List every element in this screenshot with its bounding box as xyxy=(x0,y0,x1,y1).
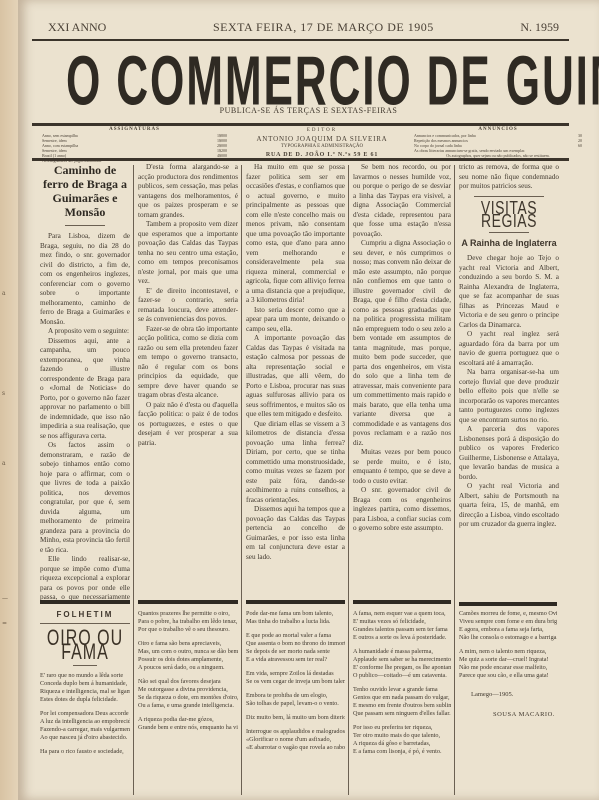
article-paragraph: O paiz não é d'esta ou d'aquella facção … xyxy=(138,401,238,449)
poem-stanza: Oiro e fama são bens apreciaveis,Mas, um… xyxy=(138,640,238,672)
article-paragraph: O yacht real inglez será aguardado fóra … xyxy=(459,330,559,368)
folhetim-column-4: A fama, nem esquer vae a quem toca,E' mu… xyxy=(353,610,451,770)
poem-stanza: Em vida, sempre Zoilos lá destadasSe os … xyxy=(246,670,345,686)
article-headline-royal: A Rainha de Inglaterra xyxy=(459,239,559,249)
poem-stanza: Embora te prohiba de um elogio,São tolha… xyxy=(246,692,345,708)
article-paragraph: Para Lisboa, dizem de Braga, seguiu, no … xyxy=(40,232,130,327)
poem-stanza: A humanidade é massa palerma,Applaude se… xyxy=(353,648,451,680)
article-paragraph: Cumpriu a digna Associação o seu dever, … xyxy=(353,239,451,448)
folhetim-bar xyxy=(246,600,345,604)
editor-label: EDITOR xyxy=(237,127,407,135)
poem-stanza: Camões morreu de fome, e, mesmo OvidioVi… xyxy=(459,610,557,642)
folhetim-rule xyxy=(40,623,130,624)
poem-author: SOUSA MACARIO. xyxy=(493,710,557,720)
ads-heading: ANNUNCIOS xyxy=(414,127,582,132)
publication-frequency: PUBLICA-SE ÁS TERÇAS E SEXTAS-FEIRAS xyxy=(18,106,599,115)
section-divider xyxy=(489,232,529,233)
folhetim-bar xyxy=(459,602,557,606)
poem-place-date: Lamego—1905. xyxy=(471,690,557,700)
poem-stanza: A riqueza podia dar-me gózos,Grande bem … xyxy=(138,716,238,732)
folhetim-column-5: Camões morreu de fome, e, mesmo OvidioVi… xyxy=(459,610,557,795)
article-column-2: D'esta forma alargando-se a acção produc… xyxy=(138,163,238,595)
article-column-4: Se bem nos recordo, ou por lavarmos o ne… xyxy=(353,163,451,595)
poem-title: OIRO OU FAMA xyxy=(40,632,130,659)
page-edge: asa—= xyxy=(0,0,18,800)
article-paragraph: Deve chegar hoje ao Tejo o yacht real Vi… xyxy=(459,254,559,330)
article-paragraph: Dissemos aqui, ante a campanha, um pouco… xyxy=(40,337,130,442)
column-rule xyxy=(348,165,349,795)
poem-stanza: Ha para o rico fausto e sociedade, xyxy=(40,748,130,756)
poem-stanza: Pode dar-me fama um bom talento,Mas tinh… xyxy=(246,610,345,626)
poem-stanza: Interrogue os applaudidos e malogrados,«… xyxy=(246,728,345,752)
folhetim-bar xyxy=(138,600,238,604)
article-paragraph: Elle lindo realisar-se, porque se impõe … xyxy=(40,555,130,603)
poem-stanza: A mim, nem o talento nem riqueza,Me quiz… xyxy=(459,648,557,680)
masthead-rule xyxy=(32,39,569,41)
info-box: ASSIGNATURAS Anno, sem estampilha1$800Se… xyxy=(32,127,569,157)
folhetim-label: FOLHETIM xyxy=(40,610,130,620)
article-headline: Caminho de ferro de Braga a Guimarães e … xyxy=(40,163,130,219)
article-column-3: Ha muito em que se possa fazer politica … xyxy=(246,163,345,595)
editor-name: ANTONIO JOAQUIM DA SILVEIRA xyxy=(237,135,407,143)
article-paragraph: Ha muito em que se possa fazer politica … xyxy=(246,163,345,306)
folhetim-bar xyxy=(353,600,451,604)
article-paragraph: Na barra organisar-se-ha um cortejo fluv… xyxy=(459,368,559,425)
folhetim-column-2: Quantos prazeres lhe permitte o oiro,Par… xyxy=(138,610,238,770)
column-rule xyxy=(133,165,134,795)
article-paragraph: E' de direito incontestavel, e fazer-se … xyxy=(138,287,238,325)
editor-box: EDITOR ANTONIO JOAQUIM DA SILVEIRA TYPOG… xyxy=(237,127,407,159)
article-paragraph: Muitas vezes por bem pouco se perde muit… xyxy=(353,448,451,486)
poem-stanza: Por isso eu preferira ter riqueza,Ter oi… xyxy=(353,724,451,756)
article-paragraph: A proposito vem o seguinte: xyxy=(40,327,130,337)
folhetim-bar xyxy=(40,600,130,604)
article-paragraph: O snr. governador civil de Braga com os … xyxy=(353,486,451,534)
issue-number: N. 1959 xyxy=(520,20,559,35)
folhetim-column-1: FOLHETIM OIRO OU FAMA E' raro que no mun… xyxy=(40,610,130,795)
poem-stanza: Quantos prazeres lhe permitte o oiro,Par… xyxy=(138,610,238,634)
editor-office: TYPOGRAPHIA E ADMINISTRAÇÃO xyxy=(237,143,407,151)
article-paragraph: A parceria dos vapores Lisbonenses porá … xyxy=(459,425,559,482)
poem-stanza: A fama, nem esquer vae a quem toca,E' mu… xyxy=(353,610,451,642)
subscriptions-heading: ASSIGNATURAS xyxy=(42,127,227,132)
column-rule xyxy=(454,165,455,795)
poem-stanza: E' raro que no mundo a lêda sorteConceda… xyxy=(40,672,130,704)
section-title: VISITAS REGIAS xyxy=(459,202,559,227)
article-paragraph: Os factos assim o demonstraram, e razão … xyxy=(40,441,130,555)
header-rule-bottom xyxy=(32,158,569,161)
poem-stanza: E que pode ao mortal valer a famaQue ass… xyxy=(246,632,345,664)
article-paragraph: Isto seria descer como que a apear para … xyxy=(246,306,345,335)
poem-stanza: Tenho ouvido levar a grande famaGenios q… xyxy=(353,686,451,718)
article-paragraph: D'esta forma alargando-se a acção produc… xyxy=(138,163,238,220)
folhetim-column-3: Pode dar-me fama um bom talento,Mas tinh… xyxy=(246,610,345,770)
column-rule xyxy=(241,165,242,795)
ads-box: ANNUNCIOS Annuncios e communicados, por … xyxy=(414,127,582,158)
issue-date: SEXTA FEIRA, 17 DE MARÇO DE 1905 xyxy=(213,20,434,35)
article-paragraph: A importante povoação das Caldas das Tay… xyxy=(246,334,345,420)
article-column-5: tricto as remova, de forma que o seu nom… xyxy=(459,163,559,595)
article-paragraph: O yacht real Victoria and Albert, sahiu … xyxy=(459,482,559,530)
headline-divider xyxy=(65,225,105,226)
newspaper-page: XXI ANNO SEXTA FEIRA, 17 DE MARÇO DE 190… xyxy=(18,0,599,800)
article-paragraph: Que diriam ellas se vissem a 3 kilometro… xyxy=(246,420,345,506)
poem-stanza: Por lei compensadora Deus accordeA luz d… xyxy=(40,710,130,742)
article-paragraph: tricto as remova, de forma que o seu nom… xyxy=(459,163,559,192)
poem-stanza: Diz muito bem, lá muito um bom diterio, xyxy=(246,714,345,722)
poem-divider xyxy=(73,665,97,666)
poem-stanza: Não sei qual dos favores desejaraMe outo… xyxy=(138,678,238,710)
header-rule-top xyxy=(32,123,569,126)
article-paragraph: Fazer-se de obra tão importante acção po… xyxy=(138,325,238,401)
article-column-1: Caminho de ferro de Braga a Guimarães e … xyxy=(40,163,130,603)
masthead-topline: XXI ANNO SEXTA FEIRA, 17 DE MARÇO DE 190… xyxy=(33,20,569,34)
year-label: XXI ANNO xyxy=(48,20,106,35)
article-paragraph: Tambem a proposito vem dizer que esperam… xyxy=(138,220,238,287)
article-paragraph: Dissemos aqui ha tempos que a povoação d… xyxy=(246,505,345,562)
article-paragraph: Se bem nos recordo, ou por lavarmos o ne… xyxy=(353,163,451,239)
